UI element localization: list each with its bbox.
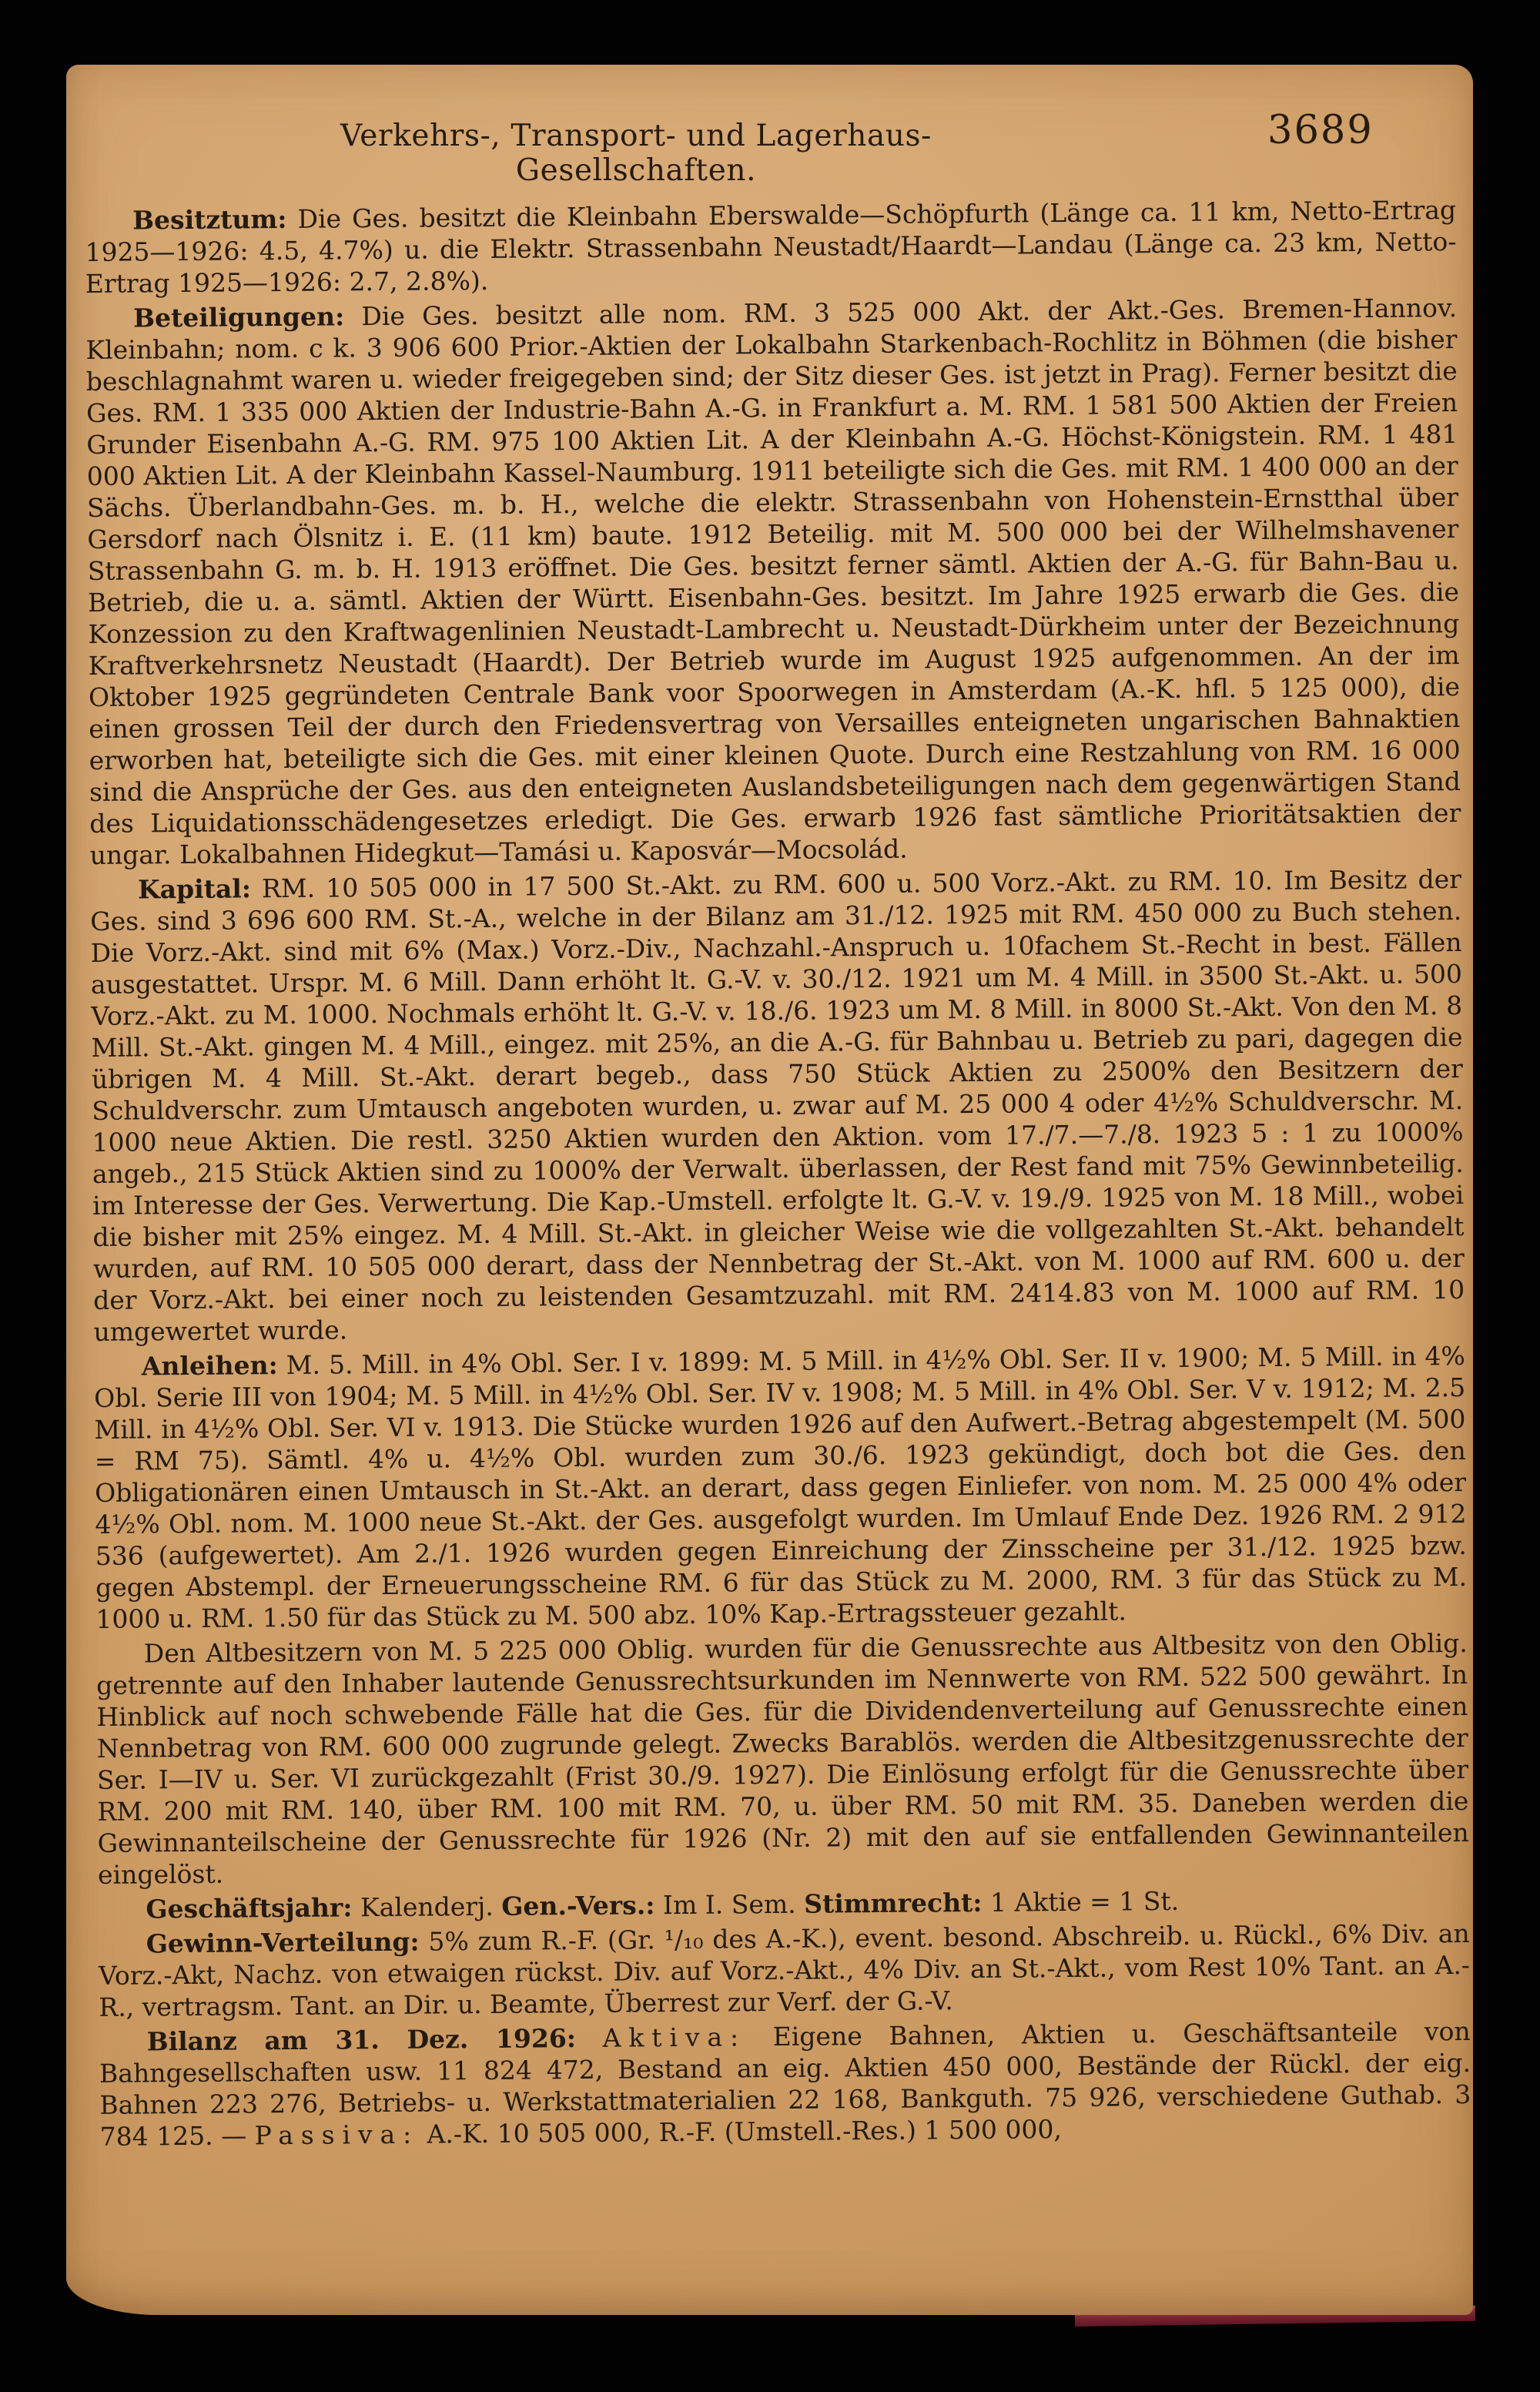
paragraph-besitztum: Besitztum: Die Ges. besitzt die Kleinbah… bbox=[85, 194, 1457, 300]
paragraph-kapital: Kapital: RM. 10 505 000 in 17 500 St.-Ak… bbox=[90, 863, 1465, 1348]
paragraph-lead-label: Beteiligungen: bbox=[133, 301, 344, 333]
paragraph-lead-label: Anleihen: bbox=[142, 1350, 278, 1381]
paragraph-gewinn: Gewinn-Verteilung: 5% zum R.-F. (Gr. ¹/₁… bbox=[99, 1918, 1471, 2023]
paragraph-lead-label: Kapital: bbox=[138, 873, 251, 904]
paragraph-anleihen: Anleihen: M. 5. Mill. in 4% Obl. Ser. I … bbox=[94, 1340, 1468, 1635]
paragraph-text: Kalenderj. bbox=[352, 1891, 501, 1923]
spaced-label: Passiva: bbox=[254, 2119, 419, 2151]
paragraph-bilanz: Bilanz am 31. Dez. 1926: Aktiva: Eigene … bbox=[99, 2015, 1471, 2152]
paragraph-lead-label: Besitztum: bbox=[132, 204, 287, 236]
paragraph-text bbox=[576, 2023, 603, 2053]
page-number: 3689 bbox=[1267, 108, 1374, 153]
paragraph-text: RM. 10 505 000 in 17 500 St.-Akt. zu RM.… bbox=[90, 864, 1465, 1347]
paragraph-lead-label: Stimmrecht: bbox=[804, 1888, 983, 1919]
paragraph-text: 1 Aktie = 1 St. bbox=[982, 1886, 1179, 1918]
book-page: Verkehrs-, Transport- und Lagerhaus-Gese… bbox=[66, 65, 1473, 2315]
paragraph-lead-label: Gewinn-Verteilung: bbox=[146, 1927, 420, 1959]
paragraph-genussrechte: Den Altbesitzern von M. 5 225 000 Oblig.… bbox=[96, 1627, 1470, 1891]
paragraph-lead-label: Bilanz am 31. Dez. 1926: bbox=[147, 2023, 577, 2056]
paragraph-text: Die Ges. besitzt alle nom. RM. 3 525 000… bbox=[85, 293, 1461, 870]
paragraph-text: Im I. Sem. bbox=[654, 1889, 804, 1921]
paragraph-lead-label: Gen.-Vers.: bbox=[501, 1890, 654, 1921]
paragraph-beteiligungen: Beteiligungen: Die Ges. besitzt alle nom… bbox=[85, 292, 1461, 871]
paragraph-text: A.-K. 10 505 000, R.-F. (Umstell.-Res.) … bbox=[419, 2114, 1062, 2149]
page-header-title: Verkehrs-, Transport- und Lagerhaus-Gese… bbox=[297, 119, 975, 188]
paragraph-lead-label: Geschäftsjahr: bbox=[146, 1892, 352, 1924]
scanned-book-photo: { "colors": { "background": "#020202", "… bbox=[0, 0, 1540, 2392]
paragraph-text: M. 5. Mill. in 4% Obl. Ser. I v. 1899: M… bbox=[94, 1341, 1467, 1634]
paragraph-text: Den Altbesitzern von M. 5 225 000 Oblig.… bbox=[96, 1628, 1469, 1890]
paragraph-text: Die Ges. besitzt die Kleinbahn Eberswald… bbox=[85, 195, 1456, 299]
spaced-label: Aktiva: bbox=[602, 2022, 746, 2052]
page-body: Besitztum: Die Ges. besitzt die Kleinbah… bbox=[85, 194, 1471, 2152]
